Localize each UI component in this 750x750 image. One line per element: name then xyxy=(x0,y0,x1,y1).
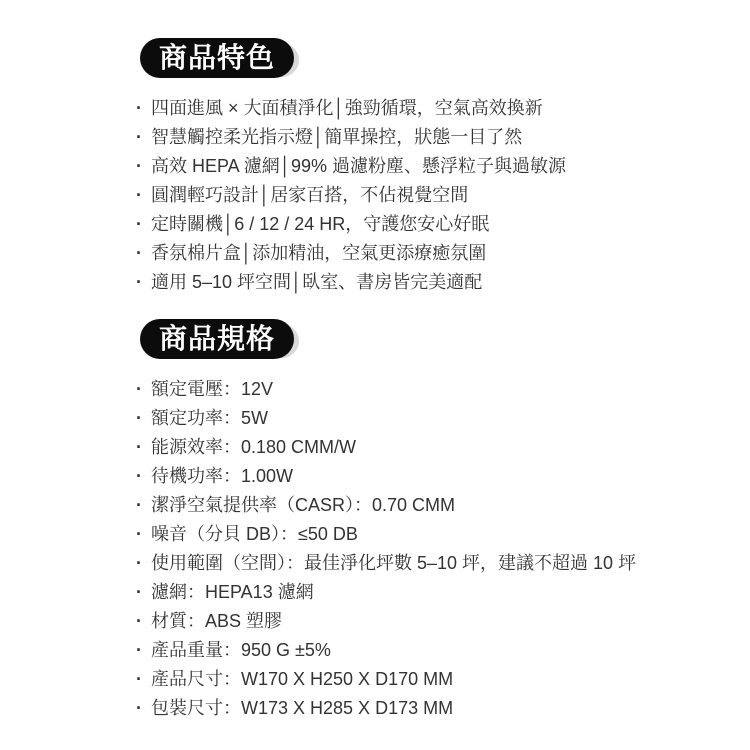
specs-title: 商品規格 xyxy=(159,323,275,354)
spec-item: 能源效率：0.180 CMM/W xyxy=(136,433,690,462)
spec-item: 待機功率：1.00W xyxy=(136,462,690,491)
feature-item: 香氛棉片盒│添加精油，空氣更添療癒氛圍 xyxy=(136,239,690,268)
product-description-page: 商品特色 四面進風 × 大面積淨化│強勁循環，空氣高效換新智慧觸控柔光指示燈│簡… xyxy=(0,0,750,750)
spec-item: 額定電壓：12V xyxy=(136,375,690,404)
specs-title-badge: 商品規格 xyxy=(140,319,294,359)
spec-item: 包裝尺寸：W173 X H285 X D173 MM xyxy=(136,694,690,723)
feature-item: 四面進風 × 大面積淨化│強勁循環，空氣高效換新 xyxy=(136,94,690,123)
features-title: 商品特色 xyxy=(159,42,275,73)
spec-item: 額定功率：5W xyxy=(136,404,690,433)
feature-list: 四面進風 × 大面積淨化│強勁循環，空氣高效換新智慧觸控柔光指示燈│簡單操控，狀… xyxy=(136,94,690,297)
section-features: 商品特色 四面進風 × 大面積淨化│強勁循環，空氣高效換新智慧觸控柔光指示燈│簡… xyxy=(140,38,690,297)
feature-item: 定時關機│6 / 12 / 24 HR，守護您安心好眠 xyxy=(136,210,690,239)
spec-item: 材質：ABS 塑膠 xyxy=(136,607,690,636)
feature-item: 智慧觸控柔光指示燈│簡單操控，狀態一目了然 xyxy=(136,123,690,152)
spec-list: 額定電壓：12V額定功率：5W能源效率：0.180 CMM/W待機功率：1.00… xyxy=(136,375,690,723)
spec-item: 噪音（分貝 DB）：≤50 DB xyxy=(136,520,690,549)
spec-item: 潔淨空氣提供率（CASR）：0.70 CMM xyxy=(136,491,690,520)
section-specs: 商品規格 額定電壓：12V額定功率：5W能源效率：0.180 CMM/W待機功率… xyxy=(140,319,690,723)
feature-item: 高效 HEPA 濾網│99% 過濾粉塵、懸浮粒子與過敏源 xyxy=(136,152,690,181)
spec-item: 使用範圍（空間）：最佳淨化坪數 5–10 坪，建議不超過 10 坪 xyxy=(136,549,690,578)
spec-item: 產品尺寸：W170 X H250 X D170 MM xyxy=(136,665,690,694)
spec-item: 產品重量：950 G ±5% xyxy=(136,636,690,665)
spec-item: 濾網：HEPA13 濾網 xyxy=(136,578,690,607)
feature-item: 圓潤輕巧設計│居家百搭，不佔視覺空間 xyxy=(136,181,690,210)
feature-item: 適用 5–10 坪空間│臥室、書房皆完美適配 xyxy=(136,268,690,297)
features-title-badge: 商品特色 xyxy=(140,38,294,78)
